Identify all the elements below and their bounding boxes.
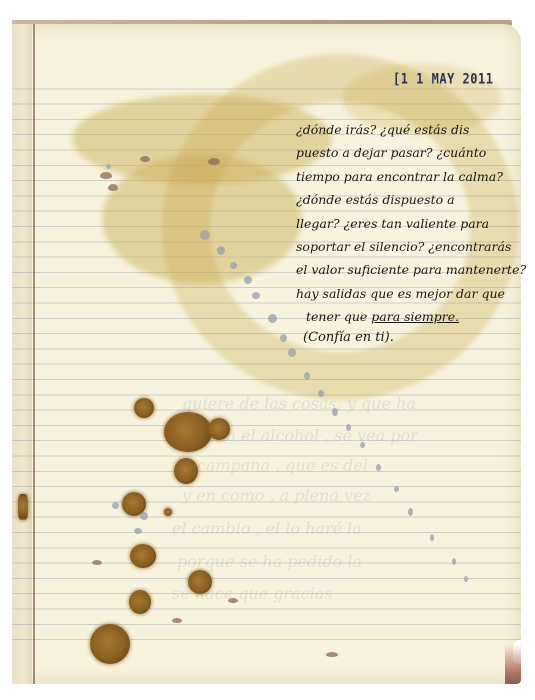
ink-drop: [408, 508, 413, 516]
ink-drop: [108, 184, 118, 191]
ink-blot: [18, 494, 28, 520]
faint-bleedthrough-text: porque se ha pedido la: [177, 552, 362, 571]
ink-drop: [172, 618, 182, 623]
handwriting-text: tener que: [306, 309, 367, 324]
ink-drop: [100, 172, 112, 179]
ink-drop: [376, 464, 381, 471]
ink-blot: [208, 418, 230, 440]
handwriting-line: llegar? ¿eres tan valiente para: [296, 212, 526, 235]
ink-blot: [130, 544, 156, 568]
ink-drop: [252, 292, 260, 299]
ink-drop: [268, 314, 277, 323]
faint-bleedthrough-text: y en como , a plena vez: [182, 486, 371, 505]
ink-drop: [208, 158, 220, 165]
ink-drop: [140, 156, 150, 162]
handwritten-note: ¿dónde irás? ¿qué estás dis puesto a dej…: [296, 118, 526, 329]
handwriting-line: hay salidas que es mejor dar que: [296, 282, 526, 305]
ink-drop: [318, 390, 324, 397]
handwriting-line: tener que para siempre.: [296, 305, 526, 328]
date-stamp: [1 1 MAY 2011: [393, 71, 493, 87]
ink-drop: [346, 424, 351, 431]
ink-blot: [164, 412, 212, 452]
ink-drop: [92, 560, 102, 565]
handwriting-line: el valor suficiente para mantenerte?: [296, 258, 526, 281]
ink-blot: [90, 624, 130, 664]
ink-drop: [200, 230, 210, 240]
ink-drop: [280, 334, 287, 342]
handwriting-line: ¿dónde irás? ¿qué estás dis: [296, 118, 526, 141]
ink-drop: [112, 502, 119, 509]
ink-drop: [360, 442, 365, 448]
handwriting-line: ¿dónde estás dispuesto a: [296, 188, 526, 211]
handwriting-line: tiempo para encontrar la calma?: [296, 165, 526, 188]
ink-drop: [332, 408, 338, 416]
ink-drop: [230, 262, 237, 269]
burnt-corner: [505, 644, 521, 684]
ink-drop: [430, 534, 434, 541]
ink-drop: [464, 576, 468, 582]
faint-bleedthrough-text: quiere de las cosas, y que ha: [182, 394, 416, 413]
ink-drop: [106, 164, 111, 169]
margin-line: [33, 24, 35, 684]
ink-blot: [164, 508, 172, 516]
ink-blot: [129, 590, 151, 614]
closing-note: (Confía en ti).: [303, 330, 394, 345]
handwriting-line: puesto a dejar pasar? ¿cuánto: [296, 141, 526, 164]
underlined-phrase: para siempre.: [371, 309, 459, 324]
ink-drop: [288, 348, 296, 357]
ink-drop: [326, 652, 338, 657]
ink-drop: [228, 598, 238, 603]
ink-blot: [174, 458, 198, 484]
ink-blot: [134, 398, 154, 418]
faint-bleedthrough-text: la campana , que es del: [177, 456, 368, 475]
ink-drop: [394, 486, 399, 492]
ink-drop: [134, 528, 142, 534]
ink-drop: [244, 276, 252, 284]
ink-drop: [140, 512, 148, 520]
ink-drop: [304, 372, 310, 380]
faint-bleedthrough-text: el cambio , el lo haré la: [172, 519, 362, 538]
ink-drop: [217, 246, 225, 255]
handwriting-line: soportar el silencio? ¿encontrarás: [296, 235, 526, 258]
ink-drop: [452, 558, 456, 565]
ink-blot: [188, 570, 212, 594]
